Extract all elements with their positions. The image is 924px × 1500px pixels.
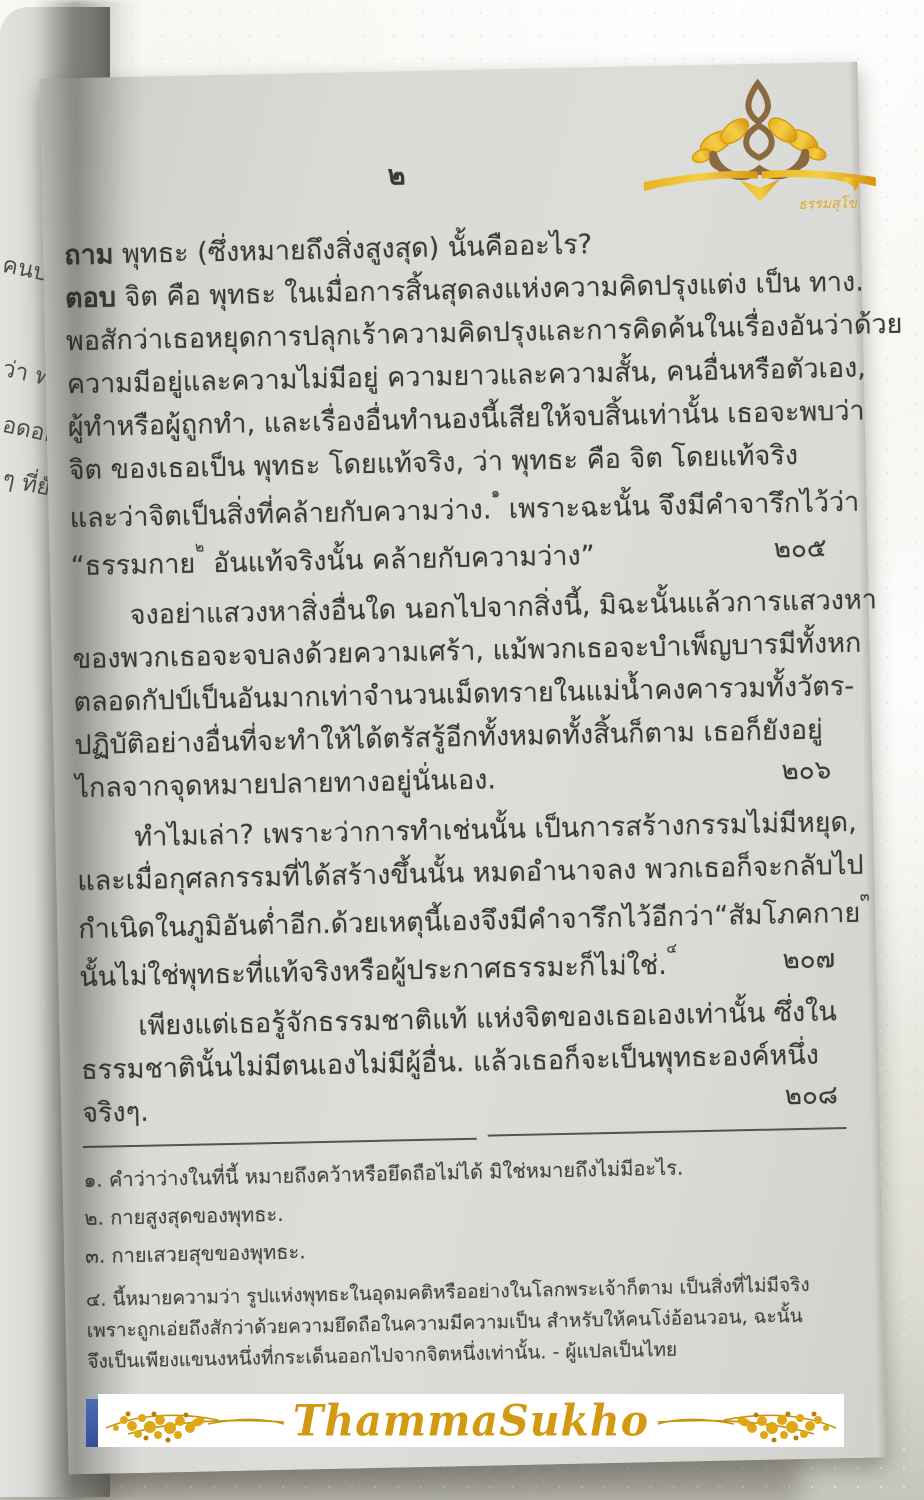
paragraph-208: เพียงแต่เธอรู้จักธรรมชาติแท้ แห่งจิตของเ… <box>80 990 855 1135</box>
gold-floral-icon <box>656 1394 844 1447</box>
gold-floral-icon <box>98 1394 286 1447</box>
book-page: ธรรมสุโข ๒ ถาม พุทธะ (ซึ่งหมายถึงสิ่งสูง… <box>39 62 886 1475</box>
footnote-ref: ๒ <box>195 539 205 555</box>
page-content: ๒ ถาม พุทธะ (ซึ่งหมายถึงสิ่งสูงสุด) นั้น… <box>60 62 861 1453</box>
paragraph-number: ๒๐๕ <box>773 527 827 571</box>
paragraph-number: ๒๐๘ <box>784 1074 838 1118</box>
paragraph-207: ทำไมเล่า? เพราะว่าการทำเช่นนั้น เป็นการส… <box>76 801 852 999</box>
footnote-ref: ๓ <box>860 889 870 905</box>
paragraph-number: ๒๐๗ <box>782 938 835 982</box>
section-number: ๒ <box>10 145 783 201</box>
paragraph-206: จงอย่าแสวงหาสิ่งอื่นใด นอกไปจากสิ่งนี้, … <box>71 579 847 810</box>
body-text: ถาม พุทธะ (ซึ่งหมายถึงสิ่งสูงสุด) นั้นคื… <box>64 218 855 1135</box>
book-photo: คนบนๆ ว่า ทาง อดออกมา ๆ ที่ยั <box>0 0 924 1500</box>
paragraph-number: ๒๐๖ <box>781 749 831 793</box>
footnote-ref: ๑ <box>491 485 500 501</box>
footnote-ref: ๔ <box>666 941 677 957</box>
footnotes: ๑. คำว่าว่างในที่นี้ หมายถึงคว้าหรือยึดถ… <box>83 1148 859 1378</box>
watermark-text: ThammaSukho <box>293 1395 649 1445</box>
paragraph-205: ถาม พุทธะ (ซึ่งหมายถึงสิ่งสูงสุด) นั้นคื… <box>64 218 843 588</box>
speaker-label: ถาม <box>64 239 114 271</box>
footnote-4: ๔. นี้หมายความว่า รูปแห่งพุทธะในอุดมคติห… <box>86 1269 860 1378</box>
watermark-banner: ThammaSukho <box>98 1394 844 1447</box>
speaker-label: ตอบ <box>65 282 117 314</box>
